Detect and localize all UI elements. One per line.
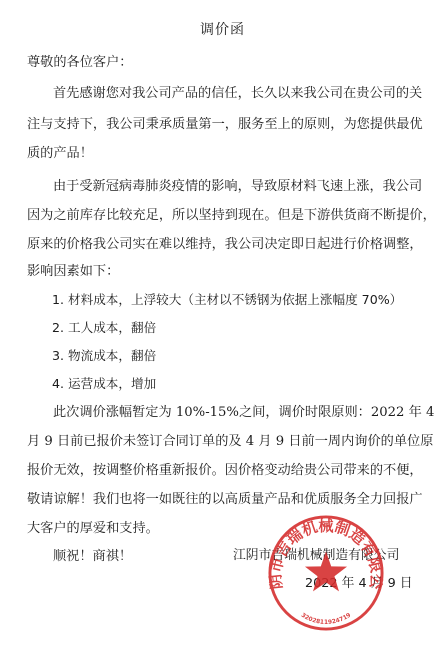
paragraph-2-line-2: 因为之前库存比较充足，所以坚持到现在。但是下游供货商不断提价，	[27, 208, 436, 224]
paragraph-3-line-3: 报价无效，按调整价格重新报价。因价格变动给贵公司带来的不便，	[27, 463, 423, 479]
factor-item: 4. 运营成本，增加	[52, 376, 156, 392]
paragraph-3-line-2: 月 9 日前已报价未签订合同订单的及 4 月 9 日前一周内询价的单位原	[27, 434, 433, 450]
paragraph-1-line-1: 首先感谢您对我公司产品的信任，长久以来我公司在贵公司的关	[53, 86, 422, 102]
factor-item: 1. 材料成本，上浮较大（主材以不锈钢为依据上涨幅度 70%）	[52, 292, 402, 308]
signature-date: 2022 年 4 月 9 日	[305, 576, 413, 592]
factor-item: 2. 工人成本，翻倍	[52, 320, 156, 336]
document-title: 调价函	[0, 19, 445, 39]
paragraph-3-line-1: 此次调价涨幅暂定为 10%-15%之间，调价时限原则：2022 年 4	[53, 405, 434, 421]
seal-code-text: 3202811924719	[300, 613, 352, 626]
factor-item: 3. 物流成本，翻倍	[52, 348, 156, 364]
company-seal-stamp: 江阴市吉瑞机械制造有限公司 3202811924719	[267, 514, 385, 632]
paragraph-3-line-5: 大客户的厚爱和支持。	[27, 521, 159, 537]
salutation: 尊敬的各位客户：	[27, 55, 133, 71]
signature-company: 江阴市吉瑞机械制造有限公司	[233, 548, 399, 564]
closing-greeting: 顺祝！商祺！	[53, 549, 132, 565]
paragraph-3-line-4: 敬请谅解！我们也将一如既往的以高质量产品和优质服务全力回报广	[27, 492, 423, 508]
paragraph-2-line-3: 原来的价格我公司实在难以维持，我公司决定即日起进行价格调整，	[27, 237, 423, 253]
paragraph-2-line-4: 影响因素如下：	[27, 264, 119, 280]
paragraph-1-line-3: 质的产品！	[27, 146, 93, 162]
paragraph-1-line-2: 注与支持下，我公司秉承质量第一，服务至上的原则，为您提供最优	[27, 117, 423, 133]
paragraph-2-line-1: 由于受新冠病毒肺炎疫情的影响，导致原材料飞速上涨，我公司	[53, 179, 422, 195]
price-adjustment-letter: 调价函 尊敬的各位客户： 首先感谢您对我公司产品的信任，长久以来我公司在贵公司的…	[0, 0, 445, 649]
